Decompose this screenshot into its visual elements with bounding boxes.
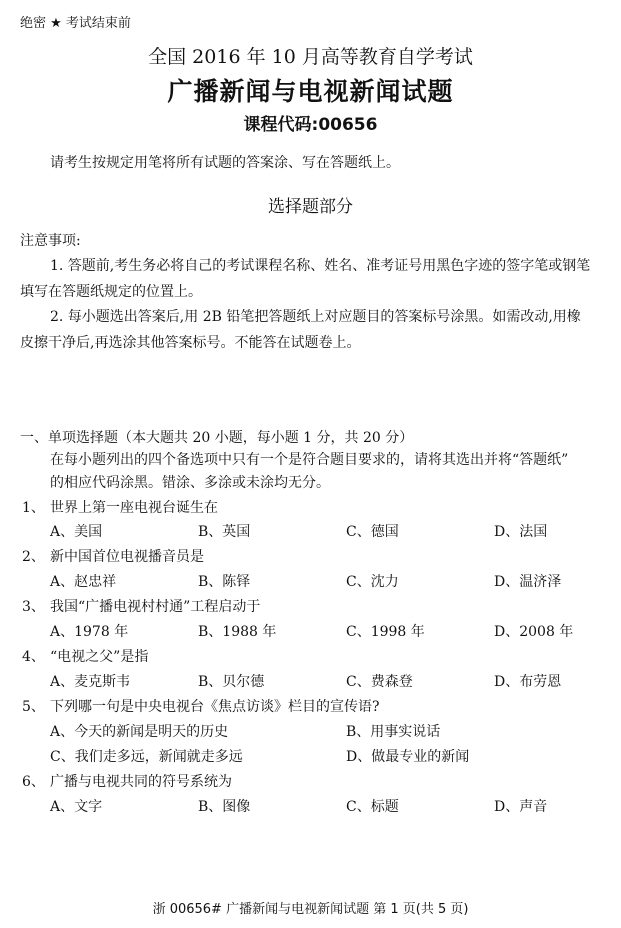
question-stem: 下列哪一句是中央电视台《焦点访谈》栏目的宣传语? [50,696,380,716]
intro-instruction: 请考生按规定用笔将所有试题的答案涂、写在答题纸上。 [50,152,400,172]
paper-title: 广播新闻与电视新闻试题 [0,72,621,108]
question-number: 1、 [22,497,45,517]
option: A、麦克斯韦 [50,671,130,691]
question-number: 2、 [22,546,45,566]
part-description: 的相应代码涂黑。错涂、多涂或未涂均无分。 [50,472,330,492]
question-number: 3、 [22,596,45,616]
course-code: 课程代码:00656 [0,110,621,135]
question-stem: 我国“广播电视村村通”工程启动于 [50,596,260,616]
option: A、美国 [50,521,102,541]
question-number: 6、 [22,771,45,791]
option: C、沈力 [346,571,399,591]
question-stem: “电视之父”是指 [50,646,148,666]
question-number: 5、 [22,696,45,716]
option: A、今天的新闻是明天的历史 [50,721,228,741]
option: C、费森登 [346,671,413,691]
question-stem: 世界上第一座电视台诞生在 [50,497,218,517]
option: D、布劳恩 [494,671,561,691]
option: A、赵忠祥 [50,571,116,591]
exam-title: 全国 2016 年 10 月高等教育自学考试 [0,42,621,69]
option: D、法国 [494,521,547,541]
option: B、英国 [198,521,250,541]
option: B、陈铎 [198,571,250,591]
option: B、图像 [198,796,250,816]
note-line: 2. 每小题选出答案后,用 2B 铅笔把答题纸上对应题目的答案标号涂黑。如需改动… [50,306,581,326]
option: C、德国 [346,521,399,541]
option: B、1988 年 [198,621,276,641]
question-number: 4、 [22,646,45,666]
option: A、文字 [50,796,102,816]
option: A、1978 年 [50,621,128,641]
option: D、声音 [494,796,547,816]
note-line: 填写在答题纸规定的位置上。 [20,281,202,301]
notes-label: 注意事项: [20,230,81,250]
option: B、用事实说话 [346,721,440,741]
part-heading: 一、单项选择题（本大题共 20 小题，每小题 1 分，共 20 分） [20,427,413,447]
part-description: 在每小题列出的四个备选项中只有一个是符合题目要求的，请将其选出并将“答题纸” [50,449,568,469]
question-stem: 广播与电视共同的符号系统为 [50,771,232,791]
option: C、标题 [346,796,399,816]
question-stem: 新中国首位电视播音员是 [50,546,204,566]
note-line: 皮擦干净后,再选涂其他答案标号。不能答在试题卷上。 [20,332,360,352]
option: D、2008 年 [494,621,573,641]
option: C、我们走多远，新闻就走多远 [50,746,243,766]
section-heading: 选择题部分 [0,192,621,217]
page-footer: 浙 00656# 广播新闻与电视新闻试题 第 1 页(共 5 页) [0,898,621,917]
option: D、做最专业的新闻 [346,746,469,766]
confidential-mark: 绝密 ★ 考试结束前 [20,12,131,31]
option: C、1998 年 [346,621,425,641]
note-line: 1. 答题前,考生务必将自己的考试课程名称、姓名、准考证号用黑色字迹的签字笔或钢… [50,255,590,275]
option: B、贝尔德 [198,671,264,691]
option: D、温济泽 [494,571,561,591]
